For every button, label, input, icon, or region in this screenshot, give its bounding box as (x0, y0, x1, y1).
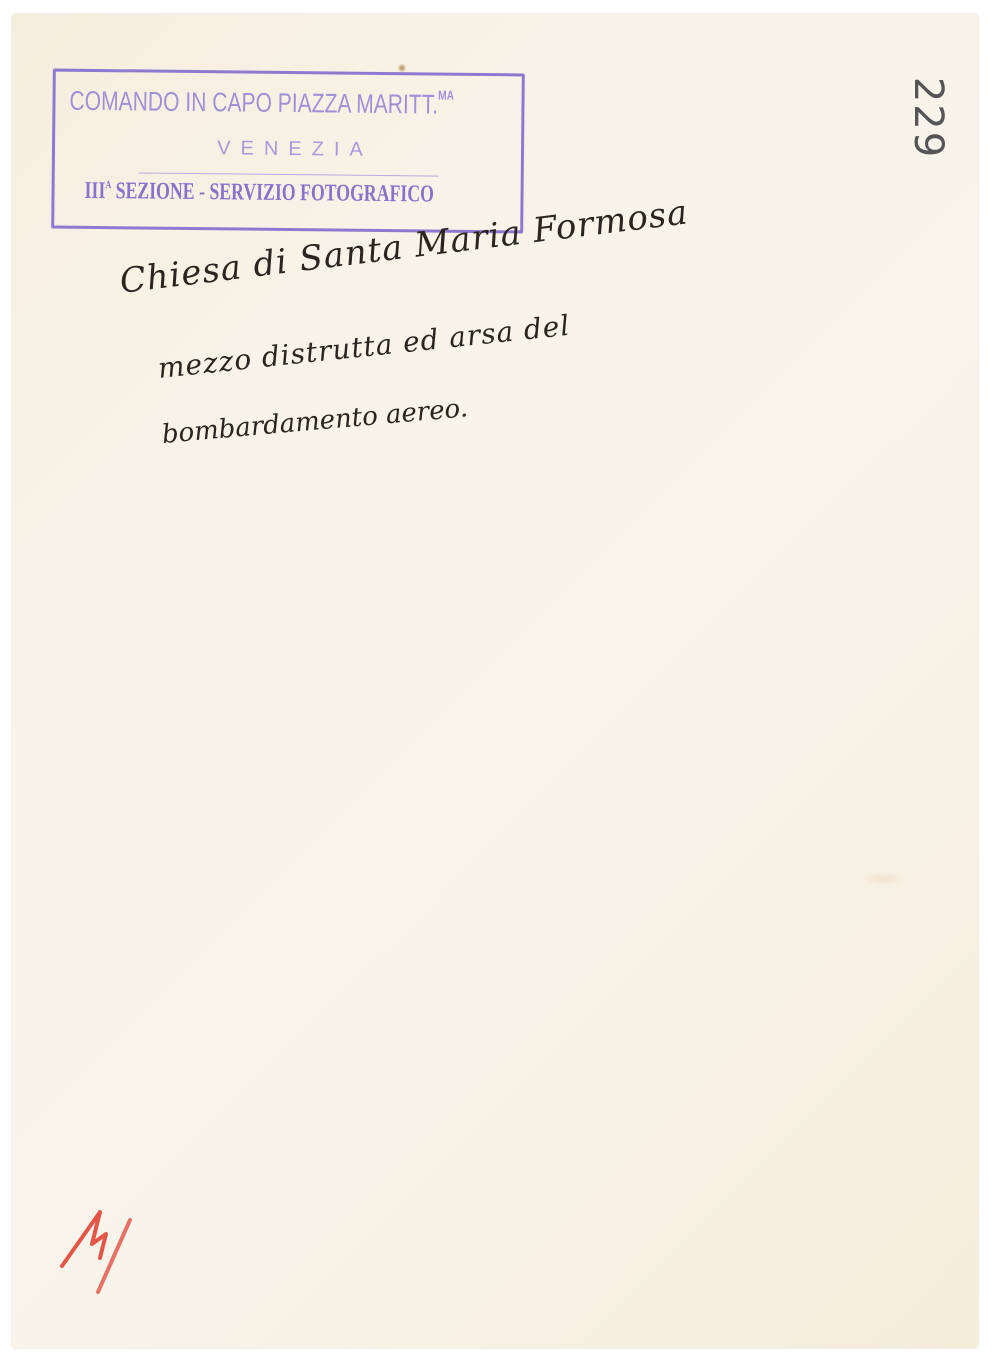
archive-stamp: COMANDO IN CAPO PIAZZA MARITT.MA VENEZIA… (51, 69, 525, 234)
stamp-city: VENEZIA (55, 136, 521, 164)
red-pencil-mark-icon (48, 1200, 138, 1295)
stamp-command-line: COMANDO IN CAPO PIAZZA MARITT.MA (69, 84, 428, 121)
catalog-number: 229 (868, 88, 988, 148)
stamp-divider (139, 172, 439, 176)
stamp-section-line: IIIA SEZIONE - SERVIZIO FOTOGRAFICO (84, 178, 499, 209)
paper-stain (858, 872, 908, 886)
paper-spot (398, 64, 406, 72)
